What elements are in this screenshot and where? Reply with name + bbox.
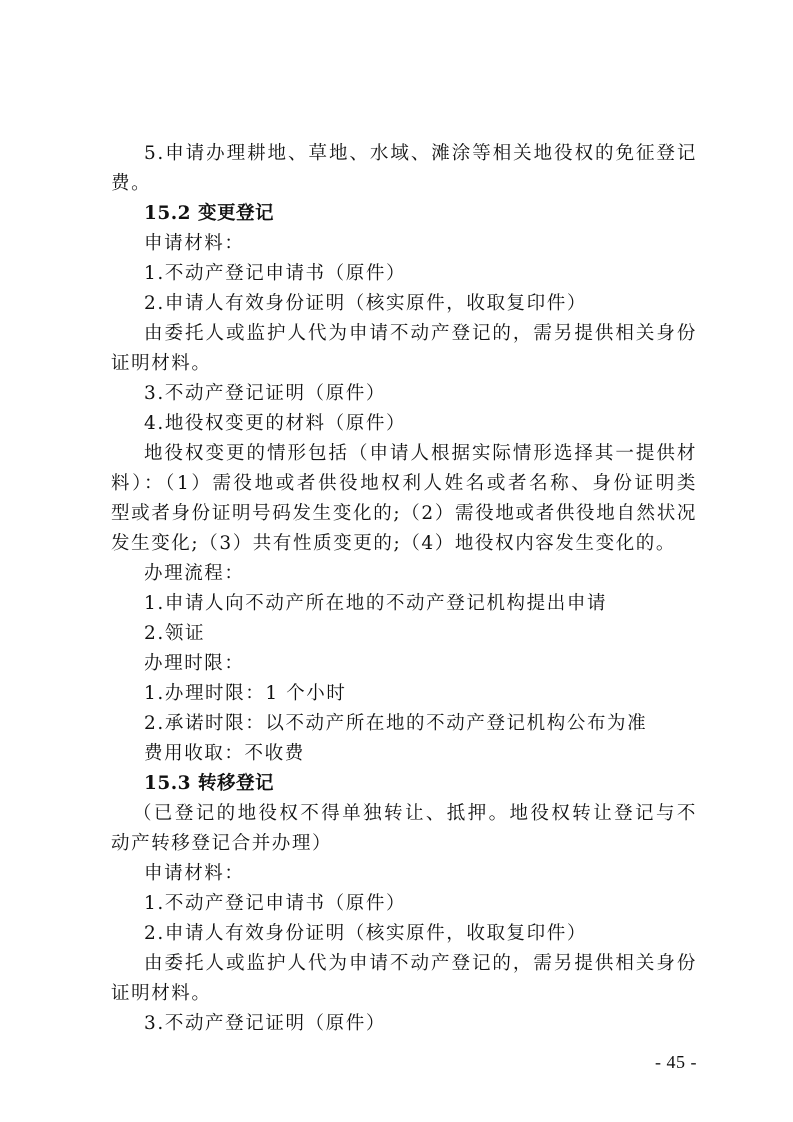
text-line: 办理流程： [144, 559, 697, 589]
text-line: 费。 [111, 169, 697, 199]
text-line: 申请材料： [144, 859, 697, 889]
text-line: 证明材料。 [111, 349, 697, 379]
text-line: 办理时限： [144, 649, 697, 679]
text-line: 5.申请办理耕地、草地、水域、滩涂等相关地役权的免征登记 [144, 139, 697, 169]
text-line: 2.领证 [144, 619, 697, 649]
text-line: 地役权变更的情形包括（申请人根据实际情形选择其一提供材 [144, 439, 697, 469]
text-line: 1.不动产登记申请书（原件） [144, 259, 697, 289]
text-line: 证明材料。 [111, 979, 697, 1009]
text-line: （已登记的地役权不得单独转让、抵押。地役权转让登记与不 [133, 799, 697, 829]
text-line: 动产转移登记合并办理） [111, 829, 697, 859]
text-line: 2.承诺时限：以不动产所在地的不动产登记机构公布为准 [144, 709, 697, 739]
text-line: 1.办理时限：1 个小时 [144, 679, 697, 709]
text-line: 由委托人或监护人代为申请不动产登记的，需另提供相关身份 [144, 949, 697, 979]
text-line: 2.申请人有效身份证明（核实原件，收取复印件） [144, 919, 697, 949]
section-heading: 15.3 转移登记 [144, 769, 697, 799]
page-number: - 45 - [655, 1052, 697, 1073]
text-line: 1.申请人向不动产所在地的不动产登记机构提出申请 [144, 589, 697, 619]
text-line: 申请材料： [144, 229, 697, 259]
document-page: 5.申请办理耕地、草地、水域、滩涂等相关地役权的免征登记费。15.2 变更登记申… [0, 0, 793, 1122]
text-line: 费用收取：不收费 [144, 739, 697, 769]
text-line: 3.不动产登记证明（原件） [144, 379, 697, 409]
text-line: 4.地役权变更的材料（原件） [144, 409, 697, 439]
text-line: 型或者身份证明号码发生变化的;（2）需役地或者供役地自然状况 [111, 499, 697, 529]
text-line: 由委托人或监护人代为申请不动产登记的，需另提供相关身份 [144, 319, 697, 349]
text-line: 1.不动产登记申请书（原件） [144, 889, 697, 919]
text-line: 3.不动产登记证明（原件） [144, 1009, 697, 1039]
section-heading: 15.2 变更登记 [144, 199, 697, 229]
text-line: 料）：（1）需役地或者供役地权利人姓名或者名称、身份证明类 [111, 469, 697, 499]
text-line: 2.申请人有效身份证明（核实原件，收取复印件） [144, 289, 697, 319]
text-line: 发生变化;（3）共有性质变更的;（4）地役权内容发生变化的。 [111, 529, 697, 559]
